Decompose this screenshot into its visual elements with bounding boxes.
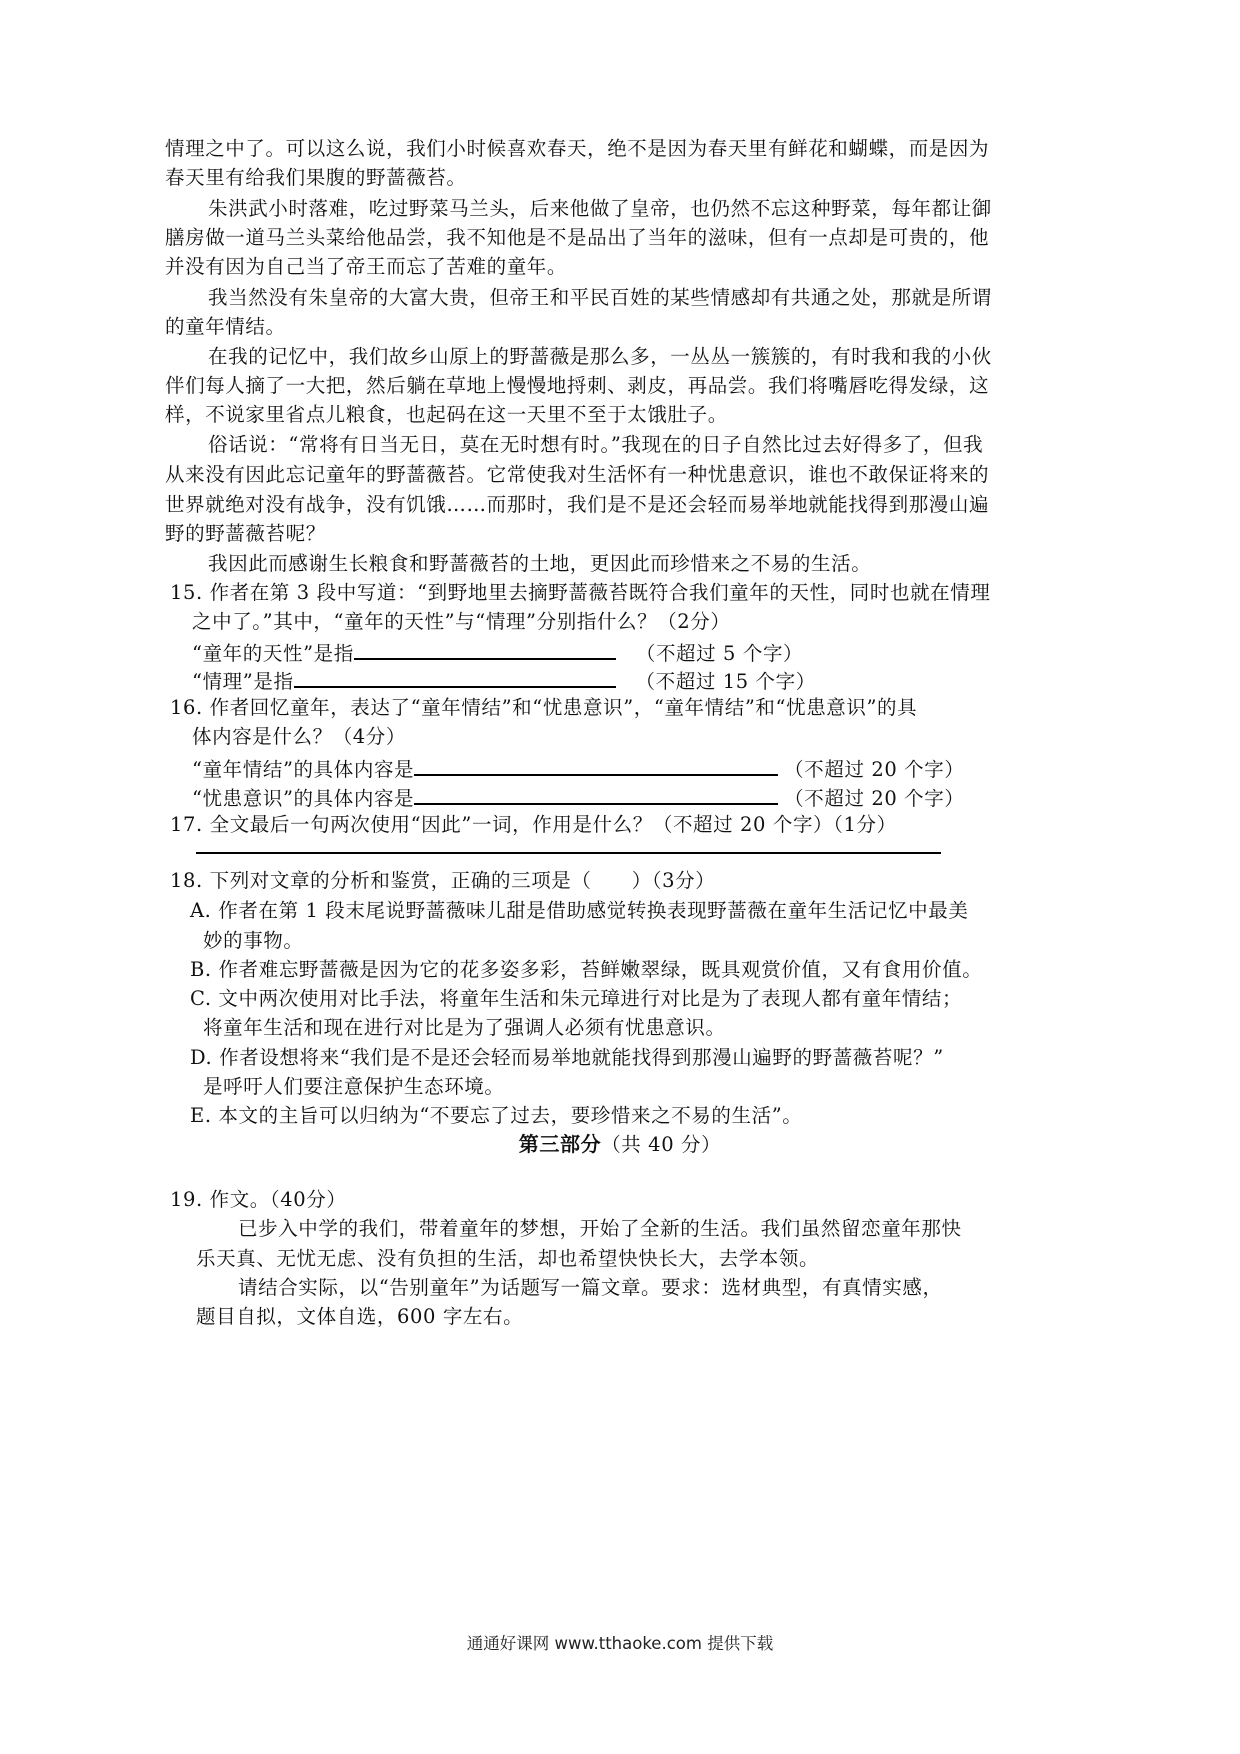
passage-line: 情理之中了。可以这么说，我们小时候喜欢春天，绝不是因为春天里有鲜花和蝴蝶，而是因…: [165, 134, 989, 164]
q18-option-b: B. 作者难忘野蔷薇是因为它的花多姿多彩，苔鲜嫩翠绿，既具观赏价值，又有食用价值…: [190, 955, 982, 985]
q16-answer-2-label: “忧患意识”的具体内容是: [192, 787, 414, 810]
passage-line: 我当然没有朱皇帝的大富大贵，但帝王和平民百姓的某些情感却有共通之处，那就是所谓: [208, 283, 992, 313]
passage-line: 在我的记忆中，我们故乡山原上的野蔷薇是那么多，一丛丛一簇簇的，有时我和我的小伙: [208, 342, 992, 372]
q16-answer-1-field[interactable]: [414, 752, 778, 776]
passage-line: 野的野蔷薇苔呢？: [165, 519, 326, 549]
passage-line: 样，不说家里省点儿粮食，也起码在这一天里不至于太饿肚子。: [165, 400, 728, 430]
q15-answer-2-label: “情理”是指: [192, 670, 294, 693]
q15-answer-1-field[interactable]: [354, 636, 616, 660]
q16-answer-1-label: “童年情结”的具体内容是: [192, 758, 414, 781]
passage-line: 并没有因为自己当了帝王而忘了苦难的童年。: [165, 252, 567, 282]
passage-line: 从来没有因此忘记童年的野蔷薇苔。它常使我对生活怀有一种忧患意识，谁也不敢保证将来…: [165, 460, 989, 490]
passage-line: 伴们每人摘了一大把，然后躺在草地上慢慢地捋刺、剥皮，再品尝。我们将嘴唇吃得发绿，…: [165, 371, 989, 401]
question-19: 19. 作文。（40分）: [170, 1185, 346, 1215]
passage-line: 俗话说：“常将有日当无日，莫在无时想有时。”我现在的日子自然比过去好得多了，但我: [208, 430, 983, 460]
q18-option-c: C. 文中两次使用对比手法，将童年生活和朱元璋进行对比是为了表现人都有童年情结；: [190, 984, 962, 1014]
question-15: 15. 作者在第 3 段中写道：“到野地里去摘野蔷薇苔既符合我们童年的天性，同时…: [170, 578, 990, 608]
passage-line: 朱洪武小时落难，吃过野菜马兰头，后来他做了皇帝，也仍然不忘这种野菜，每年都让御: [208, 194, 992, 224]
q16-answer-2-limit: （不超过 20 个字）: [784, 787, 964, 810]
question-18: 18. 下列对文章的分析和鉴赏，正确的三项是（ ）（3分）: [170, 866, 715, 896]
q15-answer-1-limit: （不超过 5 个字）: [636, 642, 803, 665]
q16-answer-2-field[interactable]: [414, 781, 778, 805]
section-heading: 第三部分（共 40 分）: [0, 1129, 1240, 1160]
section-score: （共 40 分）: [601, 1133, 721, 1156]
passage-line: 春天里有给我们果腹的野蔷薇苔。: [165, 163, 467, 193]
q19-prompt-line: 已步入中学的我们，带着童年的梦想，开始了全新的生活。我们虽然留恋童年那快: [238, 1214, 962, 1244]
q15-answer-2-limit: （不超过 15 个字）: [636, 670, 816, 693]
q18-option-d: D. 作者设想将来“我们是不是还会轻而易举地就能找得到那漫山遍野的野蔷薇苔呢？”: [190, 1043, 944, 1073]
q18-option-d-cont: 是呼吁人们要注意保护生态环境。: [203, 1072, 505, 1102]
passage-line: 世界就绝对没有战争，没有饥饿……而那时，我们是不是还会轻而易举地就能找得到那漫山…: [165, 490, 989, 520]
q19-prompt-line: 题目自拟，文体自选，600 字左右。: [196, 1302, 523, 1332]
question-16-cont: 体内容是什么？（4分）: [192, 722, 406, 752]
section-title: 第三部分: [519, 1132, 601, 1156]
q17-answer-field[interactable]: [196, 852, 941, 854]
q18-option-a-cont: 妙的事物。: [203, 926, 304, 956]
passage-line: 的童年情结。: [165, 312, 286, 342]
exam-page: 情理之中了。可以这么说，我们小时候喜欢春天，绝不是因为春天里有鲜花和蝴蝶，而是因…: [0, 0, 1240, 1754]
q19-prompt-line: 请结合实际，以“告别童年”为话题写一篇文章。要求：选材典型，有真情实感，: [238, 1273, 943, 1303]
footer-watermark: 通通好课网 www.tthaoke.com 提供下载: [0, 1630, 1240, 1654]
q18-option-c-cont: 将童年生活和现在进行对比是为了强调人必须有忧患意识。: [203, 1013, 726, 1043]
question-16: 16. 作者回忆童年，表达了“童年情结”和“忧患意识”，“童年情结”和“忧患意识…: [170, 693, 917, 723]
q18-option-a: A. 作者在第 1 段末尾说野蔷薇味儿甜是借助感觉转换表现野蔷薇在童年生活记忆中…: [190, 896, 968, 926]
q19-prompt-line: 乐天真、无忧无虑、没有负担的生活，却也希望快快长大，去学本领。: [196, 1244, 819, 1274]
passage-line: 我因此而感谢生长粮食和野蔷薇苔的土地，更因此而珍惜来之不易的生活。: [208, 549, 871, 579]
q15-answer-2-field[interactable]: [294, 664, 616, 688]
question-17: 17. 全文最后一句两次使用“因此”一词，作用是什么？（不超过 20 个字）（1…: [170, 810, 897, 840]
q15-answer-1-label: “童年的天性”是指: [192, 642, 354, 665]
passage-line: 膳房做一道马兰头菜给他品尝，我不知他是不是品出了当年的滋味，但有一点却是可贵的，…: [165, 223, 989, 253]
q16-answer-1-limit: （不超过 20 个字）: [784, 758, 964, 781]
q18-option-e: E. 本文的主旨可以归纳为“不要忘了过去，要珍惜来之不易的生活”。: [190, 1101, 802, 1131]
question-15-cont: 之中了。”其中，“童年的天性”与“情理”分别指什么？（2分）: [192, 607, 731, 637]
